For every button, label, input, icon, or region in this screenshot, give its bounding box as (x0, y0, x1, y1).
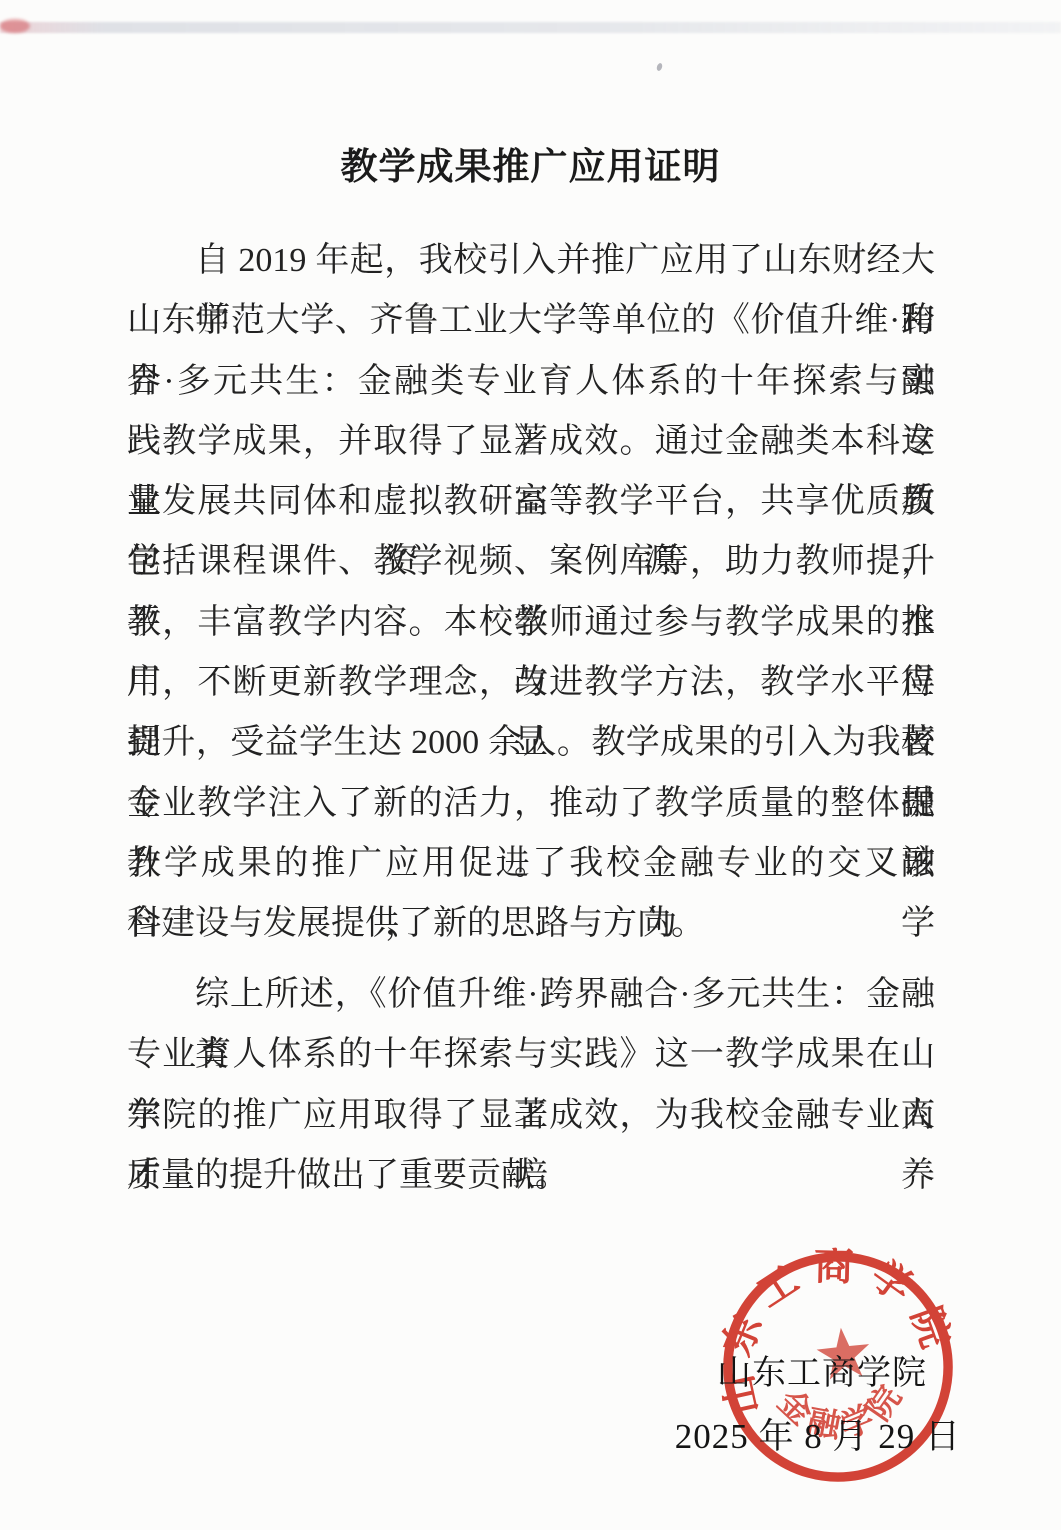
document-line: 合·多元共生：金融类专业育人体系的十年探索与实践》这 (127, 352, 935, 412)
document-line: 用，不断更新教学理念，改进教学方法，教学水平得到显著 (127, 653, 935, 713)
document-line: 专业育人体系的十年探索与实践》这一教学成果在山东工商 (127, 1025, 935, 1085)
issue-date: 2025 年 8 月 29 日 (675, 1414, 961, 1460)
scan-artifact-speck (656, 62, 663, 71)
document-line: 一教学成果，并取得了显著成效。通过金融类本科专业高质 (127, 412, 935, 472)
issuing-organization-signature: 山东工商学院 (717, 1352, 927, 1396)
document-line: 自 2019 年起，我校引入并推广应用了山东财经大学和 (127, 231, 935, 291)
document-line: 平，丰富教学内容。本校教师通过参与教学成果的推广与应 (127, 593, 935, 653)
document-line: 量发展共同体和虚拟教研室等教学平台，共享优质教学资源， (127, 472, 935, 532)
document-line: 山东师范大学、齐鲁工业大学等单位的《价值升维·跨界融 (127, 291, 935, 351)
scanned-certificate-page: 教学成果推广应用证明 自 2019 年起，我校引入并推广应用了山东财经大学和 山… (0, 0, 1061, 1530)
document-title: 教学成果推广应用证明 (0, 137, 1061, 197)
document-line: 专业教学注入了新的活力，推动了教学质量的整体提升。该 (127, 774, 935, 834)
document-line: 提升，受益学生达 2000 余人。教学成果的引入为我校金融 (127, 713, 935, 773)
paragraph-2: 综上所述，《价值升维·跨界融合·多元共生：金融类 专业育人体系的十年探索与实践》… (127, 965, 935, 1206)
document-line: 教学成果的推广应用促进了我校金融专业的交叉融合，为学 (127, 834, 935, 894)
document-line: 包括课程课件、教学视频、案例库等，助力教师提升教学水 (127, 532, 935, 592)
scan-artifact-band (0, 22, 1061, 33)
document-line: 综上所述，《价值升维·跨界融合·多元共生：金融类 (127, 965, 935, 1025)
scan-artifact-red-smudge (0, 19, 30, 33)
paragraph-1: 自 2019 年起，我校引入并推广应用了山东财经大学和 山东师范大学、齐鲁工业大… (127, 231, 935, 955)
document-line: 学院的推广应用取得了显著成效，为我校金融专业人才培养 (127, 1086, 935, 1146)
